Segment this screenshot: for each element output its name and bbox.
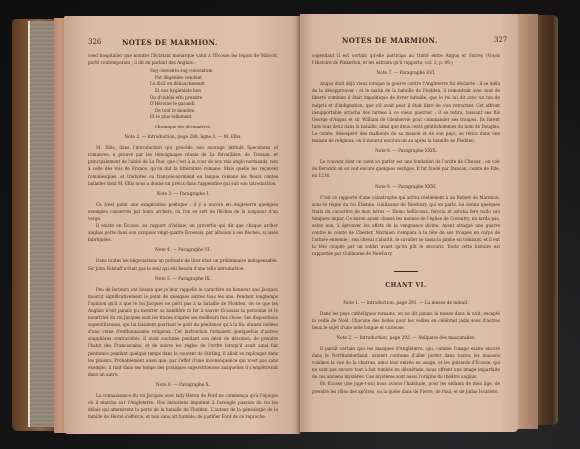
note-heading: Note 4. — Paragraphe VI. bbox=[88, 247, 278, 254]
note-text: La connaissance du roi Jacques avec lady… bbox=[88, 392, 278, 420]
verse-line: D'Héroïne le garandi bbox=[150, 101, 278, 108]
verse-line: Et nos hygiéniste bon bbox=[150, 88, 278, 95]
page-edges-left bbox=[28, 21, 56, 427]
note-text: Le couvent dont on vient ici parler est … bbox=[312, 158, 500, 179]
page-number-left: 326 bbox=[88, 38, 101, 46]
verse-line: Le dicil en débauchement bbox=[150, 81, 278, 88]
verse-line: De tout le monden bbox=[150, 108, 278, 115]
left-page: 326 NOTES DE MARMION. ceed hospitalier q… bbox=[64, 16, 300, 434]
note-heading: Note 2. — Introduction, page 292. — Abil… bbox=[312, 335, 500, 342]
note-text: Dans toutes les négociations un prétexte… bbox=[88, 257, 278, 271]
note-heading: Note 8. — Paragraphe XXIX. bbox=[312, 148, 500, 155]
note-text: Angus était déjà vieux lorsque la guerre… bbox=[312, 80, 500, 144]
verse-line: Por dégénère vendent bbox=[150, 75, 278, 82]
verse-block: Sog conventu sug conventum Por dégénère … bbox=[150, 68, 278, 121]
intro-paragraph: cependant il est certain qu'elle partici… bbox=[312, 52, 500, 66]
note-heading: Note 3. — Paragraphe I. bbox=[88, 191, 278, 198]
running-head-left: NOTES DE MARMION. bbox=[122, 38, 218, 47]
note-text: Ce n'est point une exagération poétique … bbox=[88, 201, 278, 222]
note-text: Dans les pays catholiques romains, on ne… bbox=[312, 310, 500, 331]
note-heading: Note 6. — Paragraphe X. bbox=[88, 382, 278, 389]
note-heading: Note 2. — Introduction, page 288, ligne … bbox=[88, 134, 278, 141]
note-text: Il existe en Écosse, au rapport d'Ashaw,… bbox=[88, 222, 278, 243]
note-text: Peu de lecteurs ont besoin que je leur r… bbox=[88, 286, 278, 378]
note-heading: Note 9. — Paragraphe XXXI. bbox=[312, 184, 500, 191]
note-heading: Note 1. — Introduction, page 291. — La m… bbox=[312, 300, 500, 307]
running-head-right: NOTES DE MARMION. bbox=[342, 36, 438, 45]
note-text: En Écosse (me juge-t-on) nous avions l'h… bbox=[312, 380, 500, 394]
intro-paragraph: ceed hospitalier que montre l'Éclatant m… bbox=[88, 52, 278, 66]
note-heading: Note 5. — Paragraphe IX. bbox=[88, 276, 278, 283]
section-divider bbox=[394, 271, 418, 272]
right-page: NOTES DE MARMION. 327 cependant il est c… bbox=[300, 14, 518, 432]
verse-line: Et le plus tellement bbox=[150, 114, 278, 121]
left-page-body: ceed hospitalier que montre l'Éclatant m… bbox=[88, 52, 278, 420]
verse-line: Ou d'oublié effu prendre bbox=[150, 95, 278, 102]
note-text: C'est ce rapporté d'une catastrophe qui … bbox=[312, 194, 500, 258]
note-text: Il paraît certain que les masques d'Angl… bbox=[312, 345, 500, 380]
note-text: M. Ellis, dans l'introduction qui précèd… bbox=[88, 144, 278, 187]
note-heading: Note 7. — Paragraphe XVI. bbox=[312, 70, 500, 77]
right-page-body: cependant il est certain qu'elle partici… bbox=[312, 52, 500, 395]
chant-title: CHANT VI. bbox=[312, 282, 500, 289]
verse-source: Chronique des décimatives. bbox=[88, 123, 278, 130]
verse-line: Sog conventu sug conventum bbox=[150, 68, 278, 75]
page-number-right: 327 bbox=[494, 36, 507, 44]
